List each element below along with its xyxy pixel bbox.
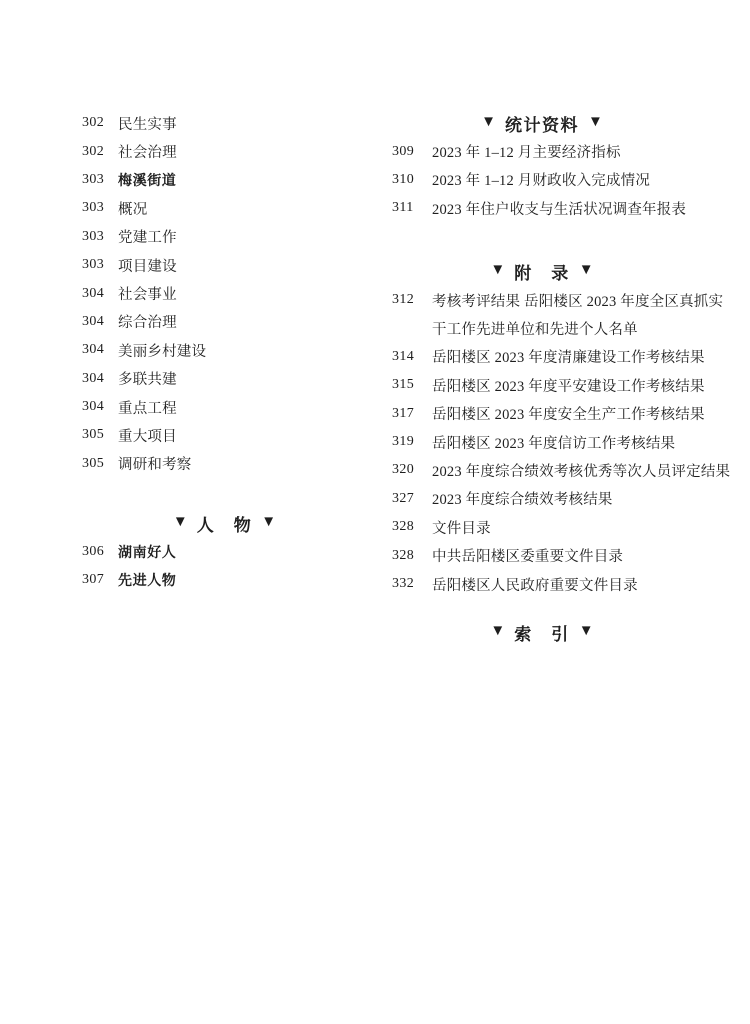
toc-entry-page-number: 317	[392, 406, 432, 422]
toc-entry: 305 调研和考察	[82, 450, 367, 478]
toc-entry-title: 党建工作	[118, 226, 177, 247]
toc-entry-title: 先进人物	[118, 570, 176, 590]
triangle-down-icon: ▼	[173, 515, 188, 530]
triangle-down-icon: ▼	[588, 115, 603, 130]
toc-entry-page-number: 328	[392, 548, 432, 564]
toc-entry-title: 岳阳楼区 2023 年度信访工作考核结果	[432, 432, 675, 453]
toc-entry: 304 重点工程	[82, 393, 367, 421]
toc-entry-page-number: 304	[82, 342, 118, 358]
toc-entry-page-number: 312	[392, 292, 432, 308]
section-title: 统计资料	[505, 111, 579, 136]
toc-entry: 303 党建工作	[82, 223, 367, 251]
toc-entry: 307 先进人物	[82, 566, 367, 594]
toc-entry: 327 2023 年度综合绩效考核结果	[392, 485, 692, 513]
triangle-down-icon: ▼	[490, 624, 505, 639]
toc-entry-page-number: 315	[392, 377, 432, 393]
toc-entry-title: 2023 年度综合绩效考核结果	[432, 488, 613, 509]
section-header-appendix: ▼ 附 录 ▼	[392, 258, 692, 286]
toc-entry-title: 社会治理	[118, 141, 177, 162]
section-header-people: ▼ 人 物 ▼	[82, 509, 367, 537]
triangle-down-icon: ▼	[579, 263, 594, 278]
toc-entry-page-number: 303	[82, 257, 118, 273]
toc-entry: 302 民生实事	[82, 109, 367, 137]
toc-entry: 304 综合治理	[82, 308, 367, 336]
toc-entry: 320 2023 年度综合绩效考核优秀等次人员评定结果	[392, 456, 692, 484]
toc-entry-page-number: 314	[392, 349, 432, 365]
toc-entry-title: 2023 年 1–12 月主要经济指标	[432, 141, 621, 162]
section-title: 索 引	[514, 620, 570, 645]
toc-entry: 319 岳阳楼区 2023 年度信访工作考核结果	[392, 428, 692, 456]
toc-entry: 328 中共岳阳楼区委重要文件目录	[392, 541, 692, 569]
toc-entry-page-number: 305	[82, 456, 118, 472]
toc-entry-page-number: 303	[82, 229, 118, 245]
toc-entry: 304 社会事业	[82, 279, 367, 307]
toc-entry-title: 湖南好人	[118, 542, 176, 562]
toc-right-column: ▼ 统计资料 ▼ 309 2023 年 1–12 月主要经济指标 310 202…	[392, 109, 692, 647]
triangle-down-icon: ▼	[261, 515, 276, 530]
toc-entry-page-number: 302	[82, 115, 118, 131]
toc-entry-page-number: 302	[82, 144, 118, 160]
toc-entry-title: 概况	[118, 198, 147, 219]
triangle-down-icon: ▼	[490, 263, 505, 278]
toc-page: 302 民生实事 302 社会治理 303 梅溪街道 303 概况 303 党建…	[0, 0, 750, 1024]
toc-entry-page-number: 311	[392, 200, 432, 216]
toc-entry-page-number: 327	[392, 491, 432, 507]
toc-entry-page-number: 332	[392, 576, 432, 592]
toc-entry-page-number: 303	[82, 200, 118, 216]
triangle-down-icon: ▼	[481, 115, 496, 130]
toc-entry-title: 2023 年度综合绩效考核优秀等次人员评定结果	[432, 460, 730, 481]
toc-entry-title: 多联共建	[118, 368, 177, 389]
toc-entry: 309 2023 年 1–12 月主要经济指标	[392, 137, 692, 165]
toc-entry: 328 文件目录	[392, 513, 692, 541]
toc-entry: 302 社会治理	[82, 137, 367, 165]
toc-entry-title: 综合治理	[118, 311, 177, 332]
toc-entry: 305 重大项目	[82, 421, 367, 449]
section-header-index: ▼ 索 引 ▼	[392, 618, 692, 646]
toc-entry-title: 重点工程	[118, 397, 177, 418]
toc-entry-page-number: 320	[392, 462, 432, 478]
toc-entry-page-number: 307	[82, 572, 118, 588]
toc-entry-title-line2: 干工作先进单位和先进个人名单	[432, 318, 638, 339]
toc-entry-title: 重大项目	[118, 425, 177, 446]
toc-entry: 317 岳阳楼区 2023 年度安全生产工作考核结果	[392, 400, 692, 428]
toc-entry-page-number: 303	[82, 172, 118, 188]
toc-entry-page-number: 304	[82, 286, 118, 302]
toc-entry-page-number: 304	[82, 314, 118, 330]
toc-entry-title: 美丽乡村建设	[118, 340, 206, 361]
toc-entry: 306 湖南好人	[82, 537, 367, 565]
toc-entry: 303 梅溪街道	[82, 166, 367, 194]
toc-entry-page-number: 304	[82, 371, 118, 387]
toc-entry-page-number: 328	[392, 519, 432, 535]
toc-entry-title: 2023 年住户收支与生活状况调查年报表	[432, 198, 686, 219]
toc-entry-title: 梅溪街道	[118, 170, 176, 190]
toc-entry: 310 2023 年 1–12 月财政收入完成情况	[392, 166, 692, 194]
toc-entry-title-line1: 考核考评结果 岳阳楼区 2023 年度全区真抓实	[432, 290, 723, 311]
toc-entry-page-number: 309	[392, 144, 432, 160]
toc-entry-page-number: 319	[392, 434, 432, 450]
toc-entry: 303 项目建设	[82, 251, 367, 279]
toc-entry-title: 岳阳楼区 2023 年度平安建设工作考核结果	[432, 375, 705, 396]
toc-entry: 303 概况	[82, 194, 367, 222]
toc-entry-title: 岳阳楼区 2023 年度安全生产工作考核结果	[432, 403, 705, 424]
toc-entry-page-number: 304	[82, 399, 118, 415]
toc-entry: 315 岳阳楼区 2023 年度平安建设工作考核结果	[392, 371, 692, 399]
section-header-statistics: ▼ 统计资料 ▼	[392, 109, 692, 137]
toc-entry: 332 岳阳楼区人民政府重要文件目录	[392, 570, 692, 598]
toc-entry-page-number: 310	[392, 172, 432, 188]
toc-entry: 304 多联共建	[82, 365, 367, 393]
toc-entry-title: 民生实事	[118, 113, 177, 134]
toc-entry-title: 社会事业	[118, 283, 177, 304]
toc-entry-title: 中共岳阳楼区委重要文件目录	[432, 545, 623, 566]
toc-entry: 312 考核考评结果 岳阳楼区 2023 年度全区真抓实	[392, 286, 692, 314]
toc-entry-title: 2023 年 1–12 月财政收入完成情况	[432, 169, 650, 190]
toc-entry-title: 调研和考察	[118, 453, 192, 474]
toc-entry-page-number: 305	[82, 427, 118, 443]
toc-entry-title: 岳阳楼区 2023 年度清廉建设工作考核结果	[432, 346, 705, 367]
toc-entry: 314 岳阳楼区 2023 年度清廉建设工作考核结果	[392, 343, 692, 371]
toc-entry-title: 项目建设	[118, 255, 177, 276]
section-title: 附 录	[514, 259, 570, 284]
toc-left-column: 302 民生实事 302 社会治理 303 梅溪街道 303 概况 303 党建…	[82, 109, 367, 594]
triangle-down-icon: ▼	[579, 624, 594, 639]
toc-entry-title: 岳阳楼区人民政府重要文件目录	[432, 574, 638, 595]
section-title: 人 物	[197, 511, 253, 536]
toc-entry-continuation: 干工作先进单位和先进个人名单	[392, 314, 692, 342]
toc-entry: 304 美丽乡村建设	[82, 336, 367, 364]
toc-entry: 311 2023 年住户收支与生活状况调查年报表	[392, 194, 692, 222]
toc-entry-title: 文件目录	[432, 517, 491, 538]
toc-entry-page-number: 306	[82, 544, 118, 560]
